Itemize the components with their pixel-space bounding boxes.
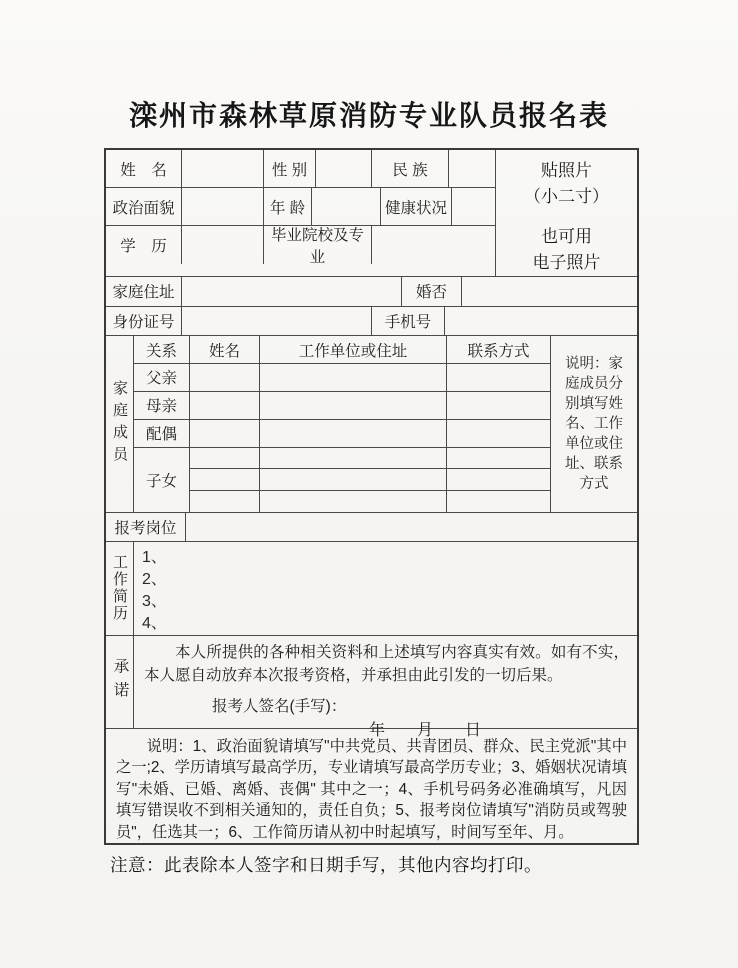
relation-header: 关系 — [134, 336, 190, 363]
work-history-section: 工作简历 1、 2、 3、 4、 — [106, 542, 637, 636]
child1-contact-field[interactable] — [447, 448, 550, 469]
name-row: 姓 名 性 别 民 族 — [106, 150, 495, 188]
mother-contact-field[interactable] — [447, 392, 550, 419]
position-field[interactable] — [186, 513, 637, 540]
address-field[interactable] — [182, 277, 402, 306]
application-form-table: 姓 名 性 别 民 族 政治面貌 年 龄 健康状况 学 历 — [104, 148, 639, 845]
child2-work-field[interactable] — [260, 469, 447, 490]
footer-note: 注意：此表除本人签字和日期手写，其他内容均打印。 — [110, 852, 650, 877]
education-row: 学 历 毕业院校及专业 — [106, 226, 495, 264]
education-field[interactable] — [182, 226, 264, 264]
basic-info-with-photo-section: 姓 名 性 别 民 族 政治面貌 年 龄 健康状况 学 历 — [106, 150, 637, 277]
mother-row: 母亲 — [134, 392, 550, 420]
id-label: 身份证号 — [106, 307, 182, 335]
marital-label: 婚否 — [402, 277, 462, 306]
spouse-name-field[interactable] — [190, 420, 260, 447]
photo-box: 贴照片 （小二寸） 也可用 电子照片 — [496, 150, 637, 276]
photo-line-4: 电子照片 — [533, 250, 601, 276]
pledge-text: 本人所提供的各种相关资料和上述填写内容真实有效。如有不实，本人愿自动放弃本次报考… — [144, 641, 629, 687]
pledge-label: 承诺 — [106, 636, 134, 728]
age-label: 年 龄 — [264, 188, 312, 225]
children-row: 子女 — [134, 448, 550, 513]
member-name-header: 姓名 — [190, 336, 260, 363]
id-field[interactable] — [182, 307, 372, 335]
position-row: 报考岗位 — [106, 513, 637, 541]
child-row-1 — [190, 448, 550, 470]
mother-name-field[interactable] — [190, 392, 260, 419]
father-label: 父亲 — [134, 364, 190, 391]
spouse-row: 配偶 — [134, 420, 550, 448]
political-label: 政治面貌 — [106, 188, 182, 225]
child1-name-field[interactable] — [190, 448, 260, 469]
application-form-page: 滦州市森林草原消防专业队员报名表 姓 名 性 别 民 族 政治面貌 年 龄 — [0, 0, 738, 968]
instructions-text: 说明：1、政治面貌请填写"中共党员、共青团员、群众、民主党派"其中之一;2、学历… — [116, 736, 627, 844]
work-history-field[interactable]: 1、 2、 3、 4、 — [134, 542, 637, 635]
child3-work-field[interactable] — [260, 491, 447, 512]
id-phone-row: 身份证号 手机号 — [106, 307, 637, 336]
phone-label: 手机号 — [372, 307, 445, 335]
child-row-2 — [190, 469, 550, 491]
name-field[interactable] — [182, 150, 264, 187]
photo-line-1: 贴照片 — [541, 158, 592, 184]
health-field[interactable] — [452, 188, 495, 225]
spouse-work-field[interactable] — [260, 420, 447, 447]
marital-field[interactable] — [462, 277, 637, 306]
work-address-header: 工作单位或住址 — [260, 336, 447, 363]
photo-line-2: （小二寸） — [524, 184, 609, 210]
family-grid: 关系 姓名 工作单位或住址 联系方式 父亲 母亲 — [134, 336, 551, 512]
name-label: 姓 名 — [106, 150, 182, 187]
father-row: 父亲 — [134, 364, 550, 392]
photo-line-3: 也可用 — [541, 224, 592, 250]
child3-name-field[interactable] — [190, 491, 260, 512]
political-row: 政治面貌 年 龄 健康状况 — [106, 188, 495, 226]
contact-header: 联系方式 — [447, 336, 550, 363]
work-line-1: 1、 — [142, 547, 637, 569]
position-label: 报考岗位 — [106, 513, 186, 540]
age-field[interactable] — [312, 188, 381, 225]
health-label: 健康状况 — [381, 188, 452, 225]
gender-label: 性 别 — [264, 150, 316, 187]
basic-info-grid: 姓 名 性 别 民 族 政治面貌 年 龄 健康状况 学 历 — [106, 150, 496, 276]
father-work-field[interactable] — [260, 364, 447, 391]
father-name-field[interactable] — [190, 364, 260, 391]
child-row-3 — [190, 491, 550, 512]
family-section-label: 家庭成员 — [106, 336, 134, 512]
education-label: 学 历 — [106, 226, 182, 264]
spouse-contact-field[interactable] — [447, 420, 550, 447]
child2-name-field[interactable] — [190, 469, 260, 490]
child1-work-field[interactable] — [260, 448, 447, 469]
father-contact-field[interactable] — [447, 364, 550, 391]
mother-label: 母亲 — [134, 392, 190, 419]
school-label: 毕业院校及专业 — [264, 226, 372, 264]
children-subrows — [190, 448, 550, 513]
child2-contact-field[interactable] — [447, 469, 550, 490]
address-label: 家庭住址 — [106, 277, 182, 306]
instructions-section: 说明：1、政治面貌请填写"中共党员、共青团员、群众、民主党派"其中之一;2、学历… — [106, 729, 637, 844]
pledge-content: 本人所提供的各种相关资料和上述填写内容真实有效。如有不实，本人愿自动放弃本次报考… — [134, 636, 637, 728]
work-line-4: 4、 — [142, 613, 637, 635]
political-field[interactable] — [182, 188, 264, 225]
gender-field[interactable] — [316, 150, 372, 187]
signature-label: 报考人签名(手写)： — [144, 694, 629, 716]
children-label: 子女 — [134, 448, 190, 513]
pledge-section: 承诺 本人所提供的各种相关资料和上述填写内容真实有效。如有不实，本人愿自动放弃本… — [106, 636, 637, 729]
family-note: 说明：家庭成员分别填写姓名、工作单位或住址、联系方式 — [551, 336, 637, 512]
page-title: 滦州市森林草原消防专业队员报名表 — [0, 94, 738, 134]
ethnicity-field[interactable] — [449, 150, 495, 187]
address-row: 家庭住址 婚否 — [106, 277, 637, 307]
family-section: 家庭成员 关系 姓名 工作单位或住址 联系方式 父亲 母亲 — [106, 336, 637, 513]
work-history-label: 工作简历 — [106, 542, 134, 635]
work-line-3: 3、 — [142, 591, 637, 613]
work-line-2: 2、 — [142, 569, 637, 591]
child3-contact-field[interactable] — [447, 491, 550, 512]
spouse-label: 配偶 — [134, 420, 190, 447]
phone-field[interactable] — [445, 307, 637, 335]
school-field[interactable] — [372, 226, 495, 264]
mother-work-field[interactable] — [260, 392, 447, 419]
ethnicity-label: 民 族 — [372, 150, 449, 187]
family-header-row: 关系 姓名 工作单位或住址 联系方式 — [134, 336, 550, 364]
